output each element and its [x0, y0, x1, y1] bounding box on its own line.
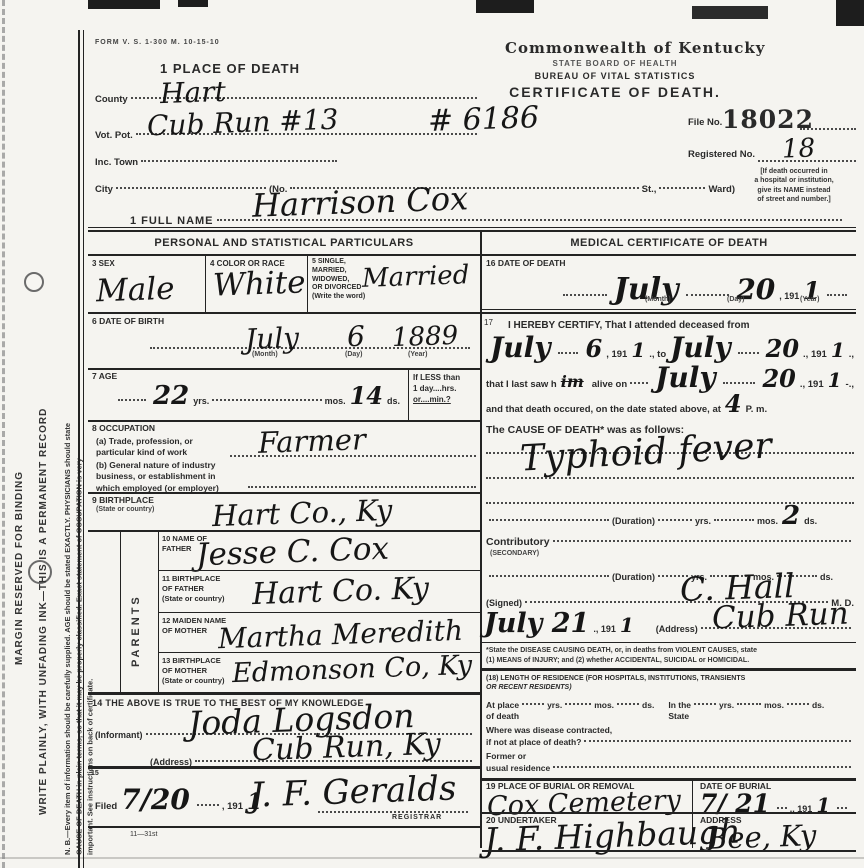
year-caption: (Year)	[800, 296, 819, 304]
rule	[158, 530, 159, 692]
dotted-leader	[827, 294, 847, 296]
rule	[482, 668, 856, 671]
age-ds-label: ds.	[387, 396, 400, 406]
dotted-leader	[212, 399, 321, 401]
dotted-leader	[565, 703, 591, 705]
filed-section-number: 15	[91, 770, 99, 778]
dotted-leader	[553, 766, 851, 768]
birthplace-value: Hart Co., Ky	[211, 493, 392, 533]
dob-year-value: 1889	[391, 321, 458, 353]
rule	[205, 254, 206, 312]
inctown-label: Inc. Town	[95, 158, 138, 169]
marital-label-line: MARRIED,	[312, 267, 347, 274]
occupation-b-label: (b) General nature of industry business,…	[96, 460, 219, 494]
last-saw-text: that I last saw h	[486, 380, 557, 391]
margin-nb-line1: N. B.—Every item of information should b…	[63, 423, 72, 855]
dotted-leader	[837, 807, 847, 809]
race-value: White	[212, 264, 306, 303]
city-st-label: St.,	[642, 185, 657, 196]
mother-birthplace-value: Edmonson Co, Ky	[232, 650, 473, 689]
age-yrs-label: yrs.	[193, 396, 209, 406]
res-mos-label: mos.	[594, 701, 614, 711]
dotted-leader	[489, 519, 609, 521]
contributory-line: Contributory	[486, 536, 854, 548]
dotted-leader	[777, 807, 787, 809]
pm-text: P. m.	[746, 405, 767, 416]
file-no-label: File No.	[688, 118, 722, 129]
rule	[482, 850, 856, 852]
month-caption: (Month)	[645, 296, 671, 304]
former-residence-label: Former or	[486, 752, 526, 762]
full-name-line: 1 FULL NAME	[130, 215, 845, 228]
margin-binding-note: MARGIN RESERVED FOR BINDING	[14, 315, 25, 665]
occ-a-line: (a) Trade, profession, or	[96, 436, 193, 446]
file-no-value: 18022	[722, 106, 814, 135]
death-occurred-text: and that death occured, on the date stat…	[486, 405, 721, 416]
registered-no-value: 18	[781, 133, 815, 164]
dob-label: 6 DATE OF BIRTH	[92, 317, 164, 327]
marital-label-line: OR DIVORCED	[312, 284, 361, 291]
dotted-leader	[617, 703, 639, 705]
age-less-line: or....min.?	[413, 395, 451, 404]
dotted-leader	[553, 540, 851, 542]
marital-label-line: (Write the word)	[312, 293, 365, 300]
dotted-leader	[686, 294, 730, 296]
mother-birthplace-label: 13 BIRTHPLACE OF MOTHER (State or countr…	[162, 656, 225, 685]
dotted-leader	[800, 128, 856, 130]
dotted-leader	[522, 703, 544, 705]
bureau-heading: BUREAU OF VITAL STATISTICS	[505, 71, 725, 81]
duration-label: (Duration)	[612, 516, 655, 526]
rule	[88, 420, 480, 422]
registered-no-label: Registered No.	[688, 150, 755, 161]
informant-label: (Informant)	[95, 730, 143, 740]
contributory-label: Contributory	[486, 536, 550, 548]
duration2-label: (Duration)	[612, 572, 655, 582]
commonwealth-heading: Commonwealth of Kentucky	[505, 40, 725, 57]
day-caption: (Day)	[727, 296, 745, 304]
fbp-label-line: (State or country)	[162, 594, 225, 603]
registrar-signature: J. F. Geralds	[249, 768, 457, 815]
rule	[482, 309, 856, 310]
printed-year: , 191	[606, 350, 627, 361]
filed-label: Filed	[95, 802, 117, 813]
occupation-a-label: (a) Trade, profession, or particular kin…	[96, 436, 193, 459]
printed-year: ., 191	[803, 350, 827, 361]
city-ward-label: Ward)	[708, 185, 735, 196]
rule	[158, 570, 480, 571]
rule	[88, 368, 480, 370]
rule	[120, 530, 121, 692]
dotted-leader	[563, 294, 607, 296]
dotted-leader	[489, 575, 609, 577]
alive-on-text: alive on	[592, 380, 627, 391]
parents-label: PARENTS	[130, 555, 142, 667]
rule	[88, 826, 480, 828]
duration-yrs-label: yrs.	[695, 516, 711, 526]
date-of-death-label: 16 DATE OF DEATH	[486, 259, 566, 269]
rule	[88, 530, 480, 532]
duration2-ds-label: ds.	[820, 572, 833, 582]
votpot-value: Cub Run #13	[146, 103, 338, 143]
residence-heading-line: OR RECENT RESIDENTS)	[486, 684, 572, 691]
rule	[88, 312, 480, 314]
county-value: Hart	[159, 75, 226, 110]
occ-a-line: particular kind of work	[96, 447, 187, 457]
footnote-line: (1) MEANS of INJURY; and (2) whether ACC…	[486, 657, 749, 664]
occ-b-line: business, or establishment in	[96, 471, 216, 481]
sex-value: Male	[95, 271, 175, 310]
mbp-label-line: OF MOTHER	[162, 666, 207, 675]
marital-label-line: WIDOWED,	[312, 276, 349, 283]
hospital-note-line: of street and number.]	[757, 196, 831, 203]
father-label-line: FATHER	[162, 544, 191, 553]
mother-name-value: Martha Meredith	[217, 614, 463, 656]
res-ds-label: ds.	[642, 701, 654, 711]
former-residence-label2: usual residence	[486, 764, 550, 774]
age-mos-label: mos.	[325, 396, 346, 406]
dotted-leader	[787, 703, 809, 705]
in-state-label: In the State	[668, 700, 691, 721]
age-label: 7 AGE	[92, 372, 117, 382]
rule	[482, 254, 856, 256]
in-state-line: State	[668, 711, 689, 721]
year-caption: (Year)	[408, 351, 427, 359]
medical-section-title: MEDICAL CERTIFICATE OF DEATH	[482, 237, 856, 250]
dob-day-value: 6	[346, 320, 365, 354]
duration-ds-label: ds.	[804, 516, 817, 526]
city-label: City	[95, 185, 113, 196]
state-yrs-label: yrs.	[719, 701, 734, 711]
dotted-leader	[694, 703, 716, 705]
form-number: FORM V. S. 1-300 M. 10-15-10	[95, 39, 220, 47]
certify-line3: that I last saw h im alive on July 20 .,…	[486, 378, 854, 391]
hospital-note-line: a hospital or institution,	[754, 177, 833, 184]
certify-line4: and that death occured, on the date stat…	[486, 404, 854, 416]
footnote-line: *State the DISEASE CAUSING DEATH, or, in…	[486, 647, 757, 654]
res-yrs-label: yrs.	[547, 701, 562, 711]
state-mos-label: mos.	[764, 701, 784, 711]
rule	[88, 254, 480, 256]
where-contracted-line: if not at place of death?	[486, 738, 854, 748]
dotted-leader	[118, 399, 146, 401]
former-residence-line: usual residence	[486, 764, 854, 774]
scan-mark	[88, 0, 160, 9]
mbp-label-line: (State or country)	[162, 676, 225, 685]
violent-causes-footnote: *State the DISEASE CAUSING DEATH, or, in…	[486, 646, 757, 666]
where-contracted-label: Where was disease contracted,	[486, 726, 612, 736]
certify-section-number: 17	[484, 318, 493, 327]
birthplace-label: 9 BIRTHPLACE	[92, 496, 154, 506]
at-place-label: At place of death	[486, 700, 519, 721]
month-caption: (Month)	[252, 351, 278, 359]
printed-to: ., to	[649, 350, 666, 361]
binding-rule	[83, 30, 84, 868]
residence-heading: (18) LENGTH OF RESIDENCE (FOR HOSPITALS,…	[486, 674, 745, 692]
rule	[88, 492, 480, 494]
at-place-line: of death	[486, 711, 519, 721]
printed-punct: -.,	[846, 380, 854, 391]
dotted-leader	[723, 382, 756, 384]
rule	[88, 766, 480, 769]
secondary-caption: (SECONDARY)	[490, 550, 539, 558]
at-place-line: At place	[486, 700, 519, 710]
day-caption: (Day)	[345, 351, 363, 359]
dotted-leader	[738, 352, 759, 354]
signature-address-label: (Address)	[656, 624, 698, 634]
county-label: County	[95, 95, 128, 106]
dotted-leader	[116, 187, 266, 189]
registrar-label: REGISTRAR	[392, 814, 442, 822]
father-birthplace-label: 11 BIRTHPLACE OF FATHER (State or countr…	[162, 574, 225, 603]
printed-punct: .,	[849, 350, 854, 361]
marital-label: 5 SINGLE, MARRIED, WIDOWED, OR DIVORCED …	[312, 258, 365, 302]
dotted-leader	[141, 160, 337, 162]
dotted-leader	[658, 519, 692, 521]
printed-year: ., 191	[593, 624, 616, 634]
center-divider	[480, 230, 482, 848]
filed-year-printed: , 191	[222, 802, 243, 813]
state-board-heading: STATE BOARD OF HEALTH	[505, 59, 725, 68]
scan-mark	[476, 0, 534, 13]
fbp-label-line: OF FATHER	[162, 584, 204, 593]
occupation-value: Farmer	[257, 422, 366, 460]
hospital-note-line: [If death occurred in	[760, 168, 827, 175]
hospital-note: [If death occurred in a hospital or inst…	[733, 167, 855, 205]
rule	[482, 642, 856, 643]
physician-address-value: Cub Run	[711, 596, 849, 637]
dotted-leader	[558, 352, 579, 354]
full-name-label: 1 FULL NAME	[130, 215, 214, 228]
certify-line2: July 6 , 191 1 ., to July 20 ., 191 1 .,	[486, 348, 854, 361]
printed-year: ., 191	[800, 380, 824, 391]
votpot-label: Vot. Pot.	[95, 131, 133, 142]
dotted-leader	[584, 740, 851, 742]
scan-mark	[178, 0, 208, 7]
rule	[158, 612, 480, 613]
rule	[482, 312, 856, 314]
duration2-line: (Duration) yrs. mos. ds.	[486, 572, 854, 582]
personal-section-title: PERSONAL AND STATISTICAL PARTICULARS	[88, 237, 480, 250]
in-state-line: In the	[668, 700, 691, 710]
dotted-leader	[197, 804, 219, 806]
mbp-label-line: 13 BIRTHPLACE	[162, 656, 221, 665]
scan-mark	[692, 6, 768, 19]
mother-name-label: 12 MAIDEN NAME OF MOTHER	[162, 616, 226, 636]
informant-address-value: Cub Run, Ky	[251, 727, 441, 769]
where-contracted-label2: if not at place of death?	[486, 738, 581, 748]
age-less-line: 1 day....hrs.	[413, 384, 456, 393]
father-name-value: Jesse C. Cox	[195, 531, 389, 574]
dod-year-printed: , 191	[779, 291, 799, 301]
death-certificate-scan: MARGIN RESERVED FOR BINDING WRITE PLAINL…	[0, 0, 864, 868]
dotted-leader	[630, 382, 648, 384]
mother-label-line: OF MOTHER	[162, 626, 207, 635]
scan-mark	[836, 0, 864, 26]
inctown-line: Inc. Town	[95, 158, 340, 169]
birthplace-sub-label: (State or country)	[96, 506, 154, 514]
sex-label: 3 SEX	[92, 259, 115, 268]
certificate-title: CERTIFICATE OF DEATH.	[495, 84, 735, 100]
occupation-label: 8 OCCUPATION	[92, 424, 155, 434]
dotted-leader	[659, 187, 705, 189]
body-top-rule	[88, 230, 856, 232]
dotted-leader	[248, 486, 476, 488]
dotted-leader	[714, 519, 754, 521]
age-less-line: If LESS than	[413, 373, 460, 382]
father-birthplace-value: Hart Co. Ky	[251, 571, 429, 612]
form-code: 11—31st	[130, 831, 158, 839]
dotted-leader	[318, 811, 468, 813]
certify-intro: I HEREBY CERTIFY, That I attended deceas…	[508, 320, 750, 332]
rule	[307, 254, 308, 312]
margin-permanent-note: WRITE PLAINLY, WITH UNFADING INK—THIS IS…	[38, 115, 49, 815]
residence-heading-line: (18) LENGTH OF RESIDENCE (FOR HOSPITALS,…	[486, 675, 745, 682]
binding-rule	[78, 30, 80, 868]
state-ds-label: ds.	[812, 701, 824, 711]
marital-value: Married	[362, 260, 470, 294]
age-less-note: If LESS than 1 day....hrs. or....min.?	[413, 372, 460, 406]
place-of-death-heading: 1 PLACE OF DEATH	[160, 62, 300, 77]
perforation-edge	[2, 0, 5, 868]
hospital-note-line: give its NAME instead	[757, 187, 830, 194]
full-name-value: Harrison Cox	[251, 179, 468, 225]
rule	[88, 692, 480, 695]
duration-mos-label: mos.	[757, 516, 778, 526]
age-line: 22 yrs. mos. 14 ds.	[115, 396, 400, 406]
fbp-label-line: 11 BIRTHPLACE	[162, 574, 220, 583]
residence-at-line: At place of death yrs. mos. ds. In the S…	[486, 700, 854, 721]
occ-b-line: (b) General nature of industry	[96, 460, 216, 470]
dotted-leader	[737, 703, 761, 705]
body-top-rule	[88, 227, 856, 228]
scan-mark	[0, 857, 864, 859]
marital-label-line: 5 SINGLE,	[312, 258, 346, 265]
signed-label: (Signed)	[486, 598, 522, 608]
duration-line: (Duration) yrs. mos. 2 ds.	[486, 516, 854, 526]
rule	[408, 368, 409, 420]
